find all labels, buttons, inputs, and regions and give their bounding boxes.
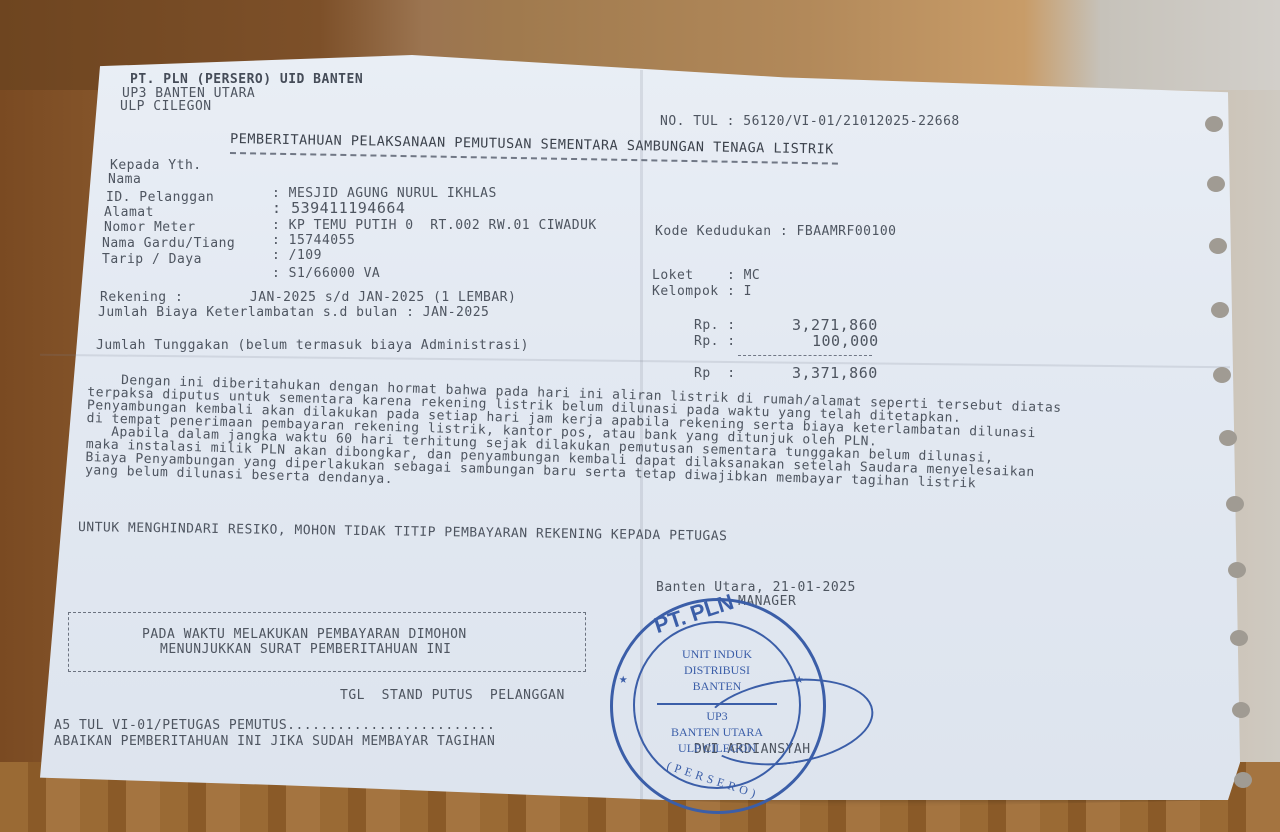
reference-number: NO. TUL : 56120/VI-01/21012025-22668 — [660, 114, 960, 129]
footer-line2: ABAIKAN PEMBERITAHUAN INI JIKA SUDAH MEM… — [54, 734, 495, 749]
disconnection-stand-line: TGL STAND PUTUS PELANGGAN — [340, 688, 565, 703]
field-value-tariff: S1/66000 VA — [289, 266, 381, 281]
notice-box-line1: PADA WAKTU MELAKUKAN PEMBAYARAN DIMOHON — [142, 627, 467, 642]
addressee-label: Kepada Yth. — [110, 158, 202, 173]
stamp-text: DISTRIBUSI — [657, 663, 777, 678]
amount-currency: Rp. : — [694, 334, 736, 349]
feed-hole — [1207, 176, 1225, 192]
org-header-line3: ULP CILEGON — [120, 99, 212, 114]
counter-code: Loket : MC — [652, 268, 760, 283]
field-value-meter-number: 15744055 — [289, 233, 356, 248]
late-fee-label: Jumlah Biaya Keterlambatan s.d bulan : J… — [98, 305, 489, 320]
feed-hole — [1213, 367, 1231, 383]
field-value-address: KP TEMU PUTIH 0 RT.002 RW.01 CIWADUK — [289, 218, 597, 233]
star-icon: ★ — [619, 671, 627, 687]
feed-hole — [1226, 496, 1244, 512]
field-value-customer-id: 539411194664 — [291, 199, 405, 217]
notice-box-line2: MENUNJUKKAN SURAT PEMBERITAHUAN INI — [160, 642, 451, 657]
group-code: Kelompok : I — [652, 284, 752, 299]
stamp-text: UNIT INDUK — [657, 647, 777, 662]
position-code: Kode Kedudukan : FBAAMRF00100 — [655, 224, 896, 239]
feed-hole — [1209, 238, 1227, 254]
field-label: Nama Gardu/Tiang — [102, 236, 235, 251]
issue-date: Banten Utara, 21-01-2025 — [656, 580, 856, 595]
arrears-label: Jumlah Tunggakan (belum termasuk biaya A… — [96, 338, 529, 353]
field-value-substation: /109 — [289, 248, 322, 263]
field-label: Nomor Meter — [104, 220, 196, 235]
field-label: Nama — [108, 172, 141, 187]
org-header-line1: PT. PLN (PERSERO) UID BANTEN — [130, 72, 363, 87]
sum-divider — [738, 355, 872, 356]
total-currency: Rp : — [694, 366, 736, 381]
feed-hole — [1228, 562, 1246, 578]
field-label: ID. Pelanggan — [106, 190, 214, 205]
field-label: Tarip / Daya — [102, 252, 202, 267]
footer-line1: A5 TUL VI-01/PETUGAS PEMUTUS............… — [54, 718, 495, 733]
billing-period: Rekening : JAN-2025 s/d JAN-2025 (1 LEMB… — [100, 290, 516, 305]
feed-hole — [1230, 630, 1248, 646]
amount-currency: Rp. : — [694, 318, 736, 333]
feed-hole — [1232, 702, 1250, 718]
feed-hole — [1219, 430, 1237, 446]
feed-hole — [1211, 302, 1229, 318]
field-label: Alamat — [104, 205, 154, 220]
amount-total: 3,371,860 — [792, 366, 878, 381]
feed-hole — [1205, 116, 1223, 132]
amount-late-fee: 100,000 — [812, 334, 879, 349]
amount-bill: 3,271,860 — [792, 318, 878, 333]
feed-hole — [1234, 772, 1252, 788]
